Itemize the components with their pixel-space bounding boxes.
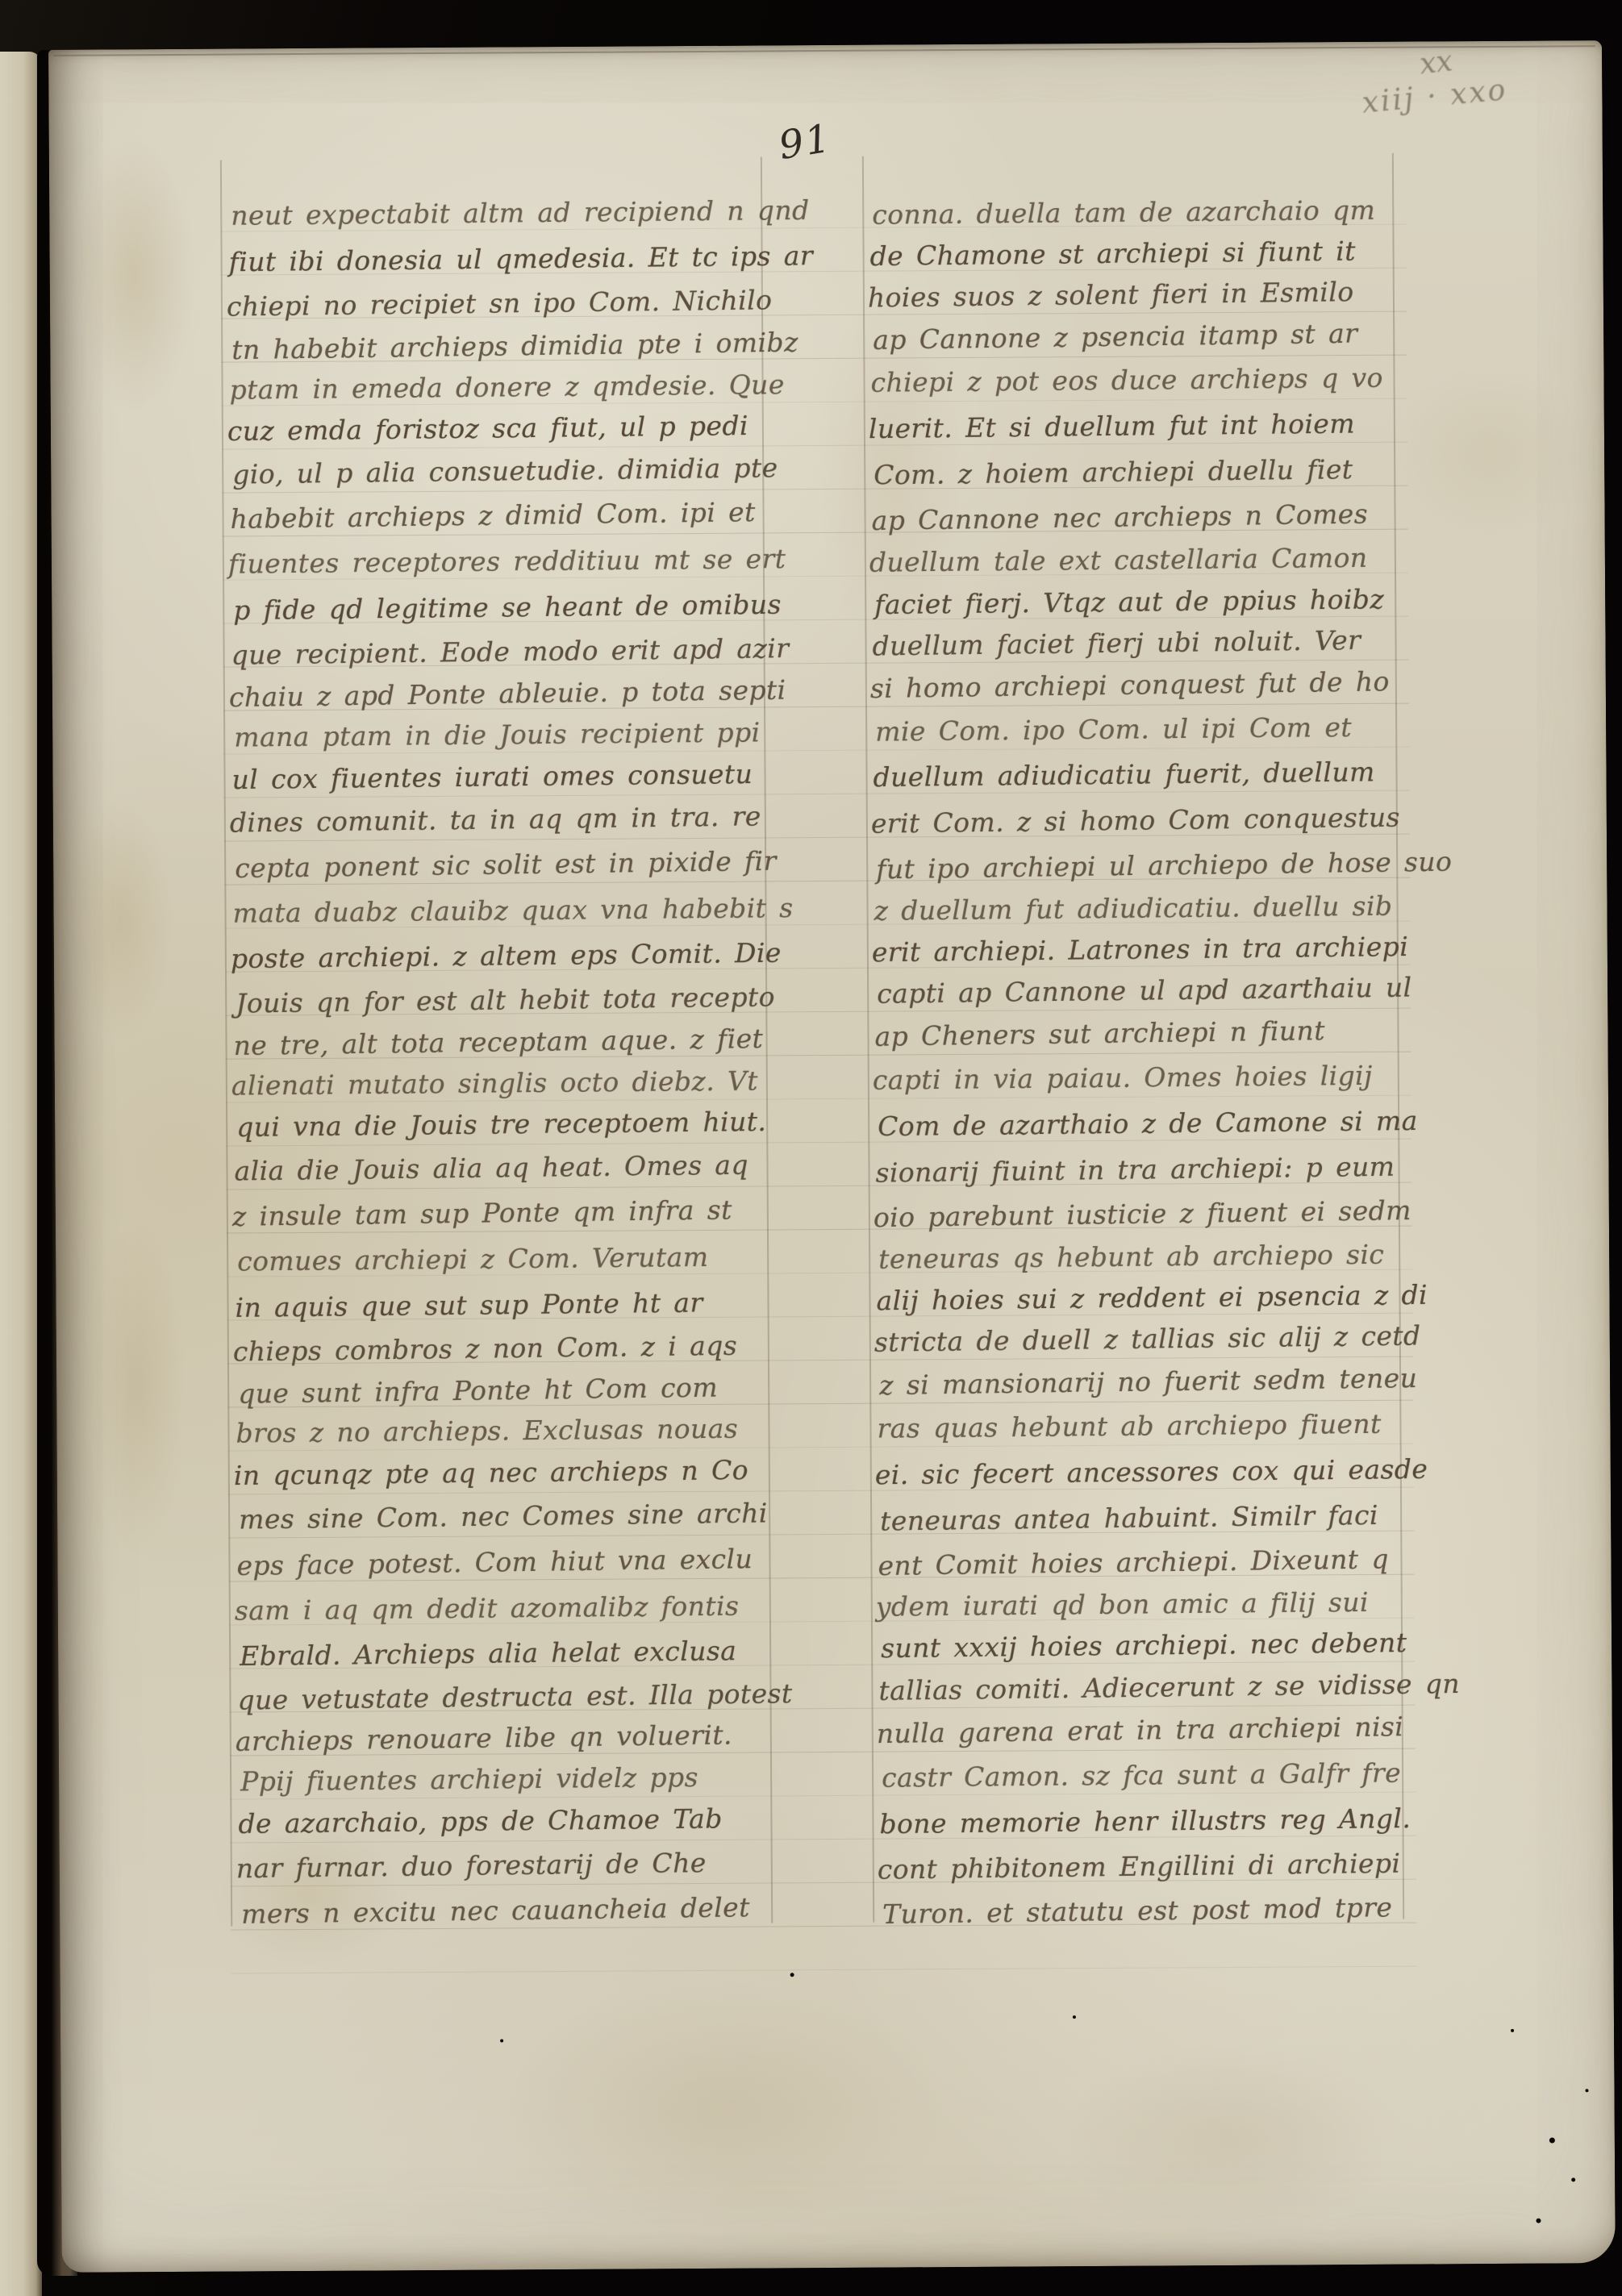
manuscript-line: sam i aq qm dedit azomalibz fontis (235, 1590, 740, 1626)
manuscript-line: nar furnar. duo forestarij de Che (236, 1847, 707, 1884)
manuscript-line: ap Cannone nec archieps n Comes (871, 498, 1368, 535)
manuscript-line: qui vna die Jouis tre receptoem hiut. (236, 1106, 766, 1143)
quire-mark-lower: xiij · xxo (1361, 73, 1509, 120)
manuscript-line: mana ptam in die Jouis recipient ppi (234, 717, 761, 753)
worm-hole (1073, 2015, 1076, 2019)
manuscript-line: ei. sic fecert ancessores cox qui easde (875, 1453, 1428, 1491)
manuscript-line: Com de azarthaio z de Camone si ma (878, 1105, 1418, 1142)
manuscript-line: cepta ponent sic solit est in pixide fir (235, 845, 777, 884)
manuscript-line: fiuentes receptores redditiuu mt se ert (228, 544, 786, 581)
worm-hole (1549, 2138, 1555, 2144)
manuscript-line: mers n excitu nec cauancheia delet (241, 1891, 750, 1930)
manuscript-line: mie Com. ipo Com. ul ipi Com et (875, 711, 1352, 748)
manuscript-line: sunt xxxij hoies archiepi. nec debent (881, 1627, 1407, 1665)
manuscript-line: z si mansionarij no fuerit sedm teneu (879, 1362, 1418, 1401)
manuscript-line: de azarchaio, pps de Chamoe Tab (238, 1802, 723, 1840)
manuscript-line: ptam in emeda donere z qmdesie. Que (229, 369, 784, 406)
folio-number: 91 (776, 115, 835, 169)
manuscript-line: stricta de duell z tallias sic alij z ce… (874, 1319, 1421, 1357)
manuscript-line: nulla garena erat in tra archiepi nisi (877, 1711, 1404, 1749)
manuscript-line: z insule tam sup Ponte qm infra st (232, 1194, 732, 1233)
manuscript-line: castr Camon. sz fca sunt a Galfr fre (882, 1756, 1401, 1793)
manuscript-line: chiepi no recipiet sn ipo Com. Nichilo (227, 284, 773, 322)
manuscript-line: z duellum fut adiudicatiu. duellu sib (874, 890, 1392, 927)
manuscript-line: fiut ibi donesia ul qmedesia. Et tc ips … (228, 240, 813, 277)
manuscript-line: ap Cannone z psencia itamp st ar (873, 318, 1358, 356)
manuscript-line: bone memorie henr illustrs reg Angl. (879, 1802, 1411, 1840)
manuscript-line: Com. z hoiem archiepi duellu fiet (874, 453, 1353, 490)
parchment-stain (496, 1980, 949, 2240)
manuscript-line: capti in via paiau. Omes hoies ligij (873, 1060, 1373, 1096)
manuscript-line: erit archiepi. Latrones in tra archiepi (872, 931, 1409, 968)
manuscript-line: comues archiepi z Com. Verutam (237, 1241, 708, 1277)
manuscript-line: oio parebunt iusticie z fiuent ei sedm (874, 1194, 1411, 1233)
manuscript-line: duellum faciet fierj ubi noluit. Ver (872, 624, 1361, 662)
manuscript-line: sionarij fiuint in tra archiepi: p eum (875, 1150, 1395, 1188)
manuscript-line: cuz emda foristoz sca fiut, ul p pedi (227, 410, 748, 447)
parchment-stain (73, 138, 196, 413)
parchment-stain (1389, 363, 1591, 542)
manuscript-line: alia die Jouis alia aq heat. Omes aq (234, 1149, 748, 1187)
manuscript-line: ap Cheners sut archiepi n fiunt (874, 1015, 1325, 1052)
manuscript-line: teneuras antea habuint. Similr faci (880, 1499, 1378, 1537)
manuscript-line: ras quas hebunt ab archiepo fiuent (877, 1408, 1382, 1444)
manuscript-line: hoies suos z solent fieri in Esmilo (868, 276, 1354, 313)
manuscript-line: in aquis que sut sup Ponte ht ar (235, 1286, 703, 1323)
parchment-stain (88, 1219, 187, 1558)
manuscript-line: neut expectabit altm ad recipiend n qnd (231, 194, 810, 231)
manuscript-line: duellum tale ext castellaria Camon (869, 542, 1368, 578)
manuscript-line: si homo archiepi conquest fut de ho (870, 665, 1390, 704)
manuscript-line: gio, ul p alia consuetudie. dimidia pte (232, 452, 778, 490)
manuscript-line: eps face potest. Com hiut vna exclu (236, 1543, 753, 1581)
facing-page-edge (0, 52, 42, 2296)
manuscript-line: que recipient. Eode modo erit apd azir (231, 632, 789, 671)
manuscript-line: chieps combros z non Com. z i aqs (233, 1329, 738, 1367)
worm-hole (500, 2039, 503, 2042)
manuscript-line: luerit. Et si duellum fut int hoiem (869, 407, 1355, 444)
worm-hole (790, 1973, 794, 1977)
manuscript-line: in qcunqz pte aq nec archieps n Co (234, 1454, 749, 1491)
manuscript-line: poste archiepi. z altem eps Comit. Die (231, 937, 782, 975)
manuscript-page: 91 xx xiij · xxo neut expectabit altm ad… (48, 40, 1616, 2273)
quire-mark-upper: xx (1418, 44, 1454, 81)
manuscript-line: bros z no archieps. Exclusas nouas (236, 1413, 738, 1449)
manuscript-line: que vetustate destructa est. Illa potest (237, 1677, 792, 1716)
manuscript-line: mata duabz clauibz quax vna habebit s (232, 892, 793, 929)
manuscript-line: p fide qd legitime se heant de omibus (233, 589, 782, 626)
manuscript-line: teneuras qs hebunt ab archiepo sic (878, 1239, 1384, 1275)
manuscript-line: mes sine Com. nec Comes sine archi (239, 1498, 768, 1536)
manuscript-line: alij hoies sui z reddent ei psencia z di (876, 1279, 1428, 1317)
manuscript-line: alienati mutato singlis octo diebz. Vt (231, 1065, 758, 1101)
manuscript-line: ul cox fiuentes iurati omes consuetu (231, 758, 753, 795)
manuscript-line: que sunt infra Ponte ht Com com (238, 1371, 718, 1409)
manuscript-line: ent Comit hoies archiepi. Dixeunt q (878, 1543, 1389, 1581)
manuscript-line: Ebrald. Archieps alia helat exclusa (240, 1635, 736, 1672)
parchment-stain (212, 1822, 407, 1968)
manuscript-line: chiepi z pot eos duce archieps q vo (870, 362, 1383, 398)
worm-hole (1571, 2177, 1575, 2181)
worm-hole (1536, 2219, 1541, 2223)
manuscript-line: de Chamone st archiepi si fiunt it (869, 235, 1356, 273)
worm-hole (1585, 2089, 1588, 2092)
manuscript-line: ydem iurati qd bon amic a filij sui (876, 1586, 1369, 1623)
manuscript-line: conna. duella tam de azarchaio qm (872, 194, 1375, 230)
manuscript-line: dines comunit. ta in aq qm in tra. re (230, 801, 761, 839)
manuscript-line: Turon. et statutu est post mod tpre (882, 1891, 1393, 1930)
ruling-line-horizontal (231, 1966, 1417, 1974)
manuscript-line: Jouis qn for est alt hebit tota recepto (236, 981, 775, 1019)
manuscript-line: faciet fierj. Vtqz aut de ppius hoibz (874, 583, 1384, 620)
manuscript-line: capti ap Cannone ul apd azarthaiu ul (877, 972, 1412, 1010)
manuscript-line: archieps renouare libe qn voluerit. (236, 1719, 732, 1756)
manuscript-line: fut ipo archiepi ul archiepo de hose suo (876, 845, 1452, 885)
manuscript-line: habebit archieps z dimid Com. ipi et (230, 497, 756, 535)
worm-hole (1511, 2029, 1514, 2032)
manuscript-line: duellum adiudicatiu fuerit, duellum (873, 756, 1375, 794)
manuscript-line: Ppij fiuentes archiepi videlz pps (240, 1761, 698, 1797)
manuscript-line: tallias comiti. Adiecerunt z se vidisse … (878, 1668, 1460, 1706)
parchment-stain (1061, 2042, 1400, 2238)
parchment-stain (68, 799, 174, 1042)
